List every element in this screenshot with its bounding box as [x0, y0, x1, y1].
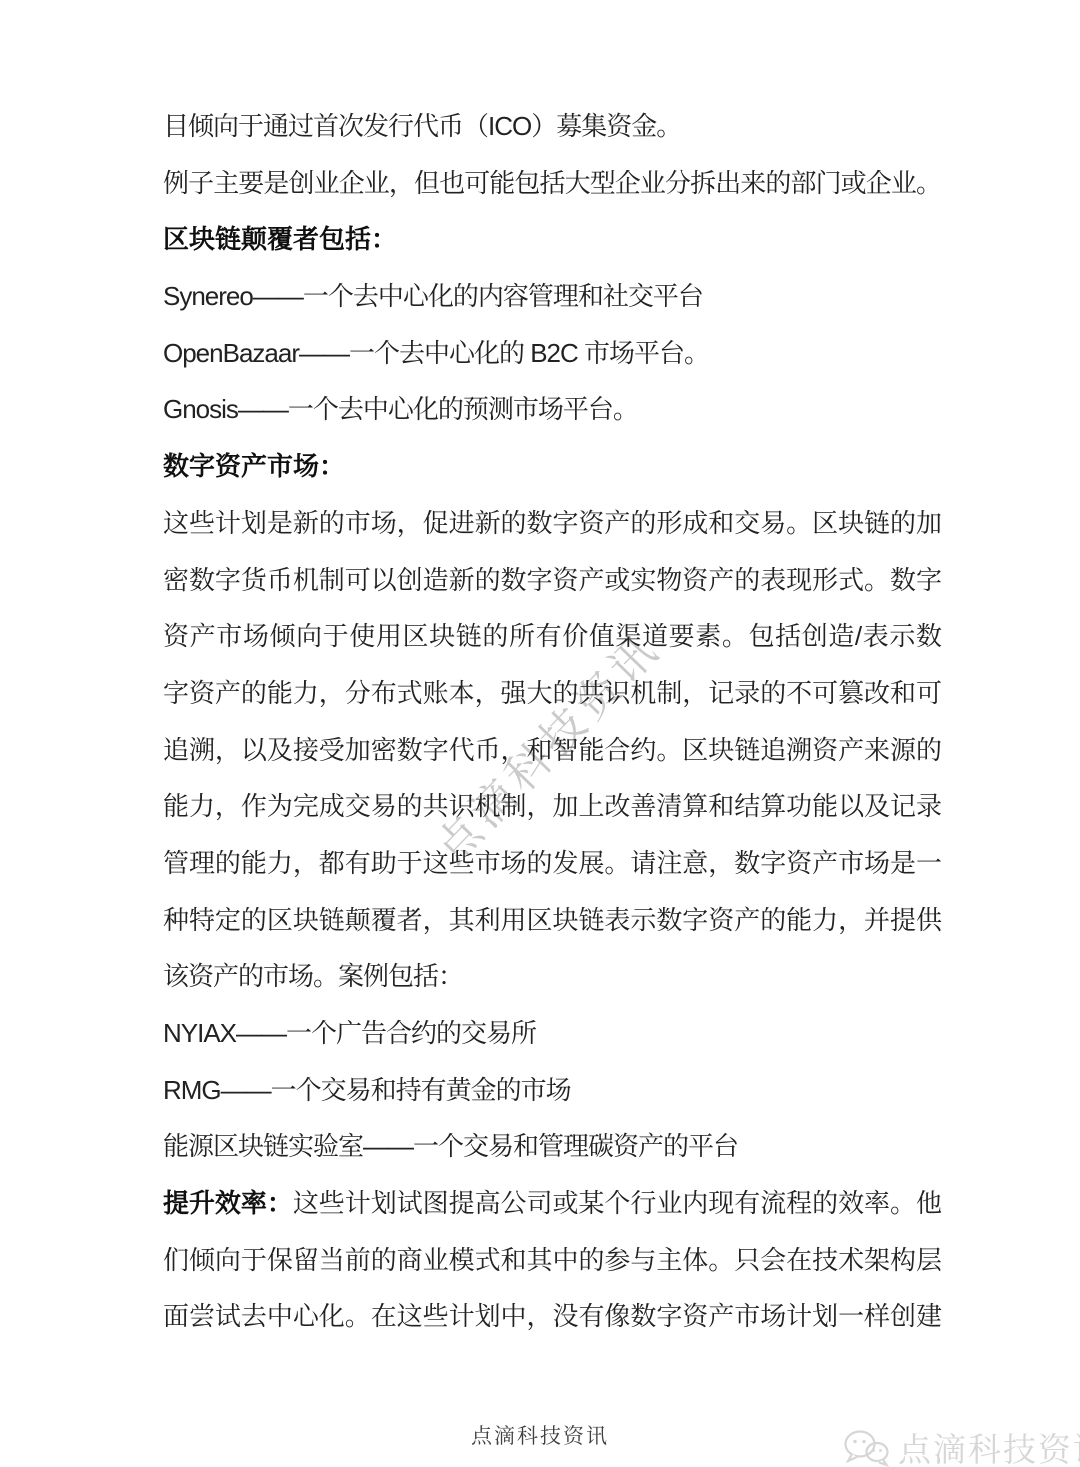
section-heading: 数字资产市场： [163, 438, 941, 495]
document-body: 目倾向于通过首次发行代币（ICO）募集资金。例子主要是创业企业，但也可能包括大型… [163, 98, 941, 1345]
footer-watermark-text: 点滴科技资讯 [898, 1424, 1080, 1467]
text-line: 种特定的区块链颠覆者，其利用区块链表示数字资产的能力，并提供 [163, 892, 941, 949]
wechat-icon [843, 1428, 889, 1467]
text-line: 该资产的市场。案例包括： [163, 948, 941, 1005]
bold-lead-text: 提升效率： [163, 1188, 293, 1218]
text-line: 例子主要是创业企业，但也可能包括大型企业分拆出来的部门或企业。 [163, 155, 941, 212]
text-line: RMG——一个交易和持有黄金的市场 [163, 1062, 941, 1119]
text-line: 资产市场倾向于使用区块链的所有价值渠道要素。包括创造/表示数 [163, 608, 941, 665]
text-line: 能源区块链实验室——一个交易和管理碳资产的平台 [163, 1118, 941, 1175]
text-line: NYIAX——一个广告合约的交易所 [163, 1005, 941, 1062]
text-line: 提升效率：这些计划试图提高公司或某个行业内现有流程的效率。他 [163, 1175, 941, 1232]
text-line: 这些计划是新的市场，促进新的数字资产的形成和交易。区块链的加 [163, 495, 941, 552]
section-heading: 区块链颠覆者包括： [163, 211, 941, 268]
text-line: 密数字货币机制可以创造新的数字资产或实物资产的表现形式。数字 [163, 552, 941, 609]
text-line: 面尝试去中心化。在这些计划中，没有像数字资产市场计划一样创建 [163, 1288, 941, 1345]
text-line: 追溯，以及接受加密数字代币，和智能合约。区块链追溯资产来源的 [163, 722, 941, 779]
text-line: 目倾向于通过首次发行代币（ICO）募集资金。 [163, 98, 941, 155]
text-line: 们倾向于保留当前的商业模式和其中的参与主体。只会在技术架构层 [163, 1232, 941, 1289]
text-line: 能力，作为完成交易的共识机制，加上改善清算和结算功能以及记录 [163, 778, 941, 835]
text-line: Synereo——一个去中心化的内容管理和社交平台 [163, 268, 941, 325]
footer-watermark: 点滴科技资讯 [843, 1424, 1080, 1467]
text-line: OpenBazaar——一个去中心化的 B2C 市场平台。 [163, 325, 941, 382]
text-line: 管理的能力，都有助于这些市场的发展。请注意，数字资产市场是一 [163, 835, 941, 892]
text-line: Gnosis——一个去中心化的预测市场平台。 [163, 381, 941, 438]
text-line: 字资产的能力，分布式账本，强大的共识机制，记录的不可篡改和可 [163, 665, 941, 722]
document-page: 点滴科技资讯 目倾向于通过首次发行代币（ICO）募集资金。例子主要是创业企业，但… [0, 0, 1080, 1467]
